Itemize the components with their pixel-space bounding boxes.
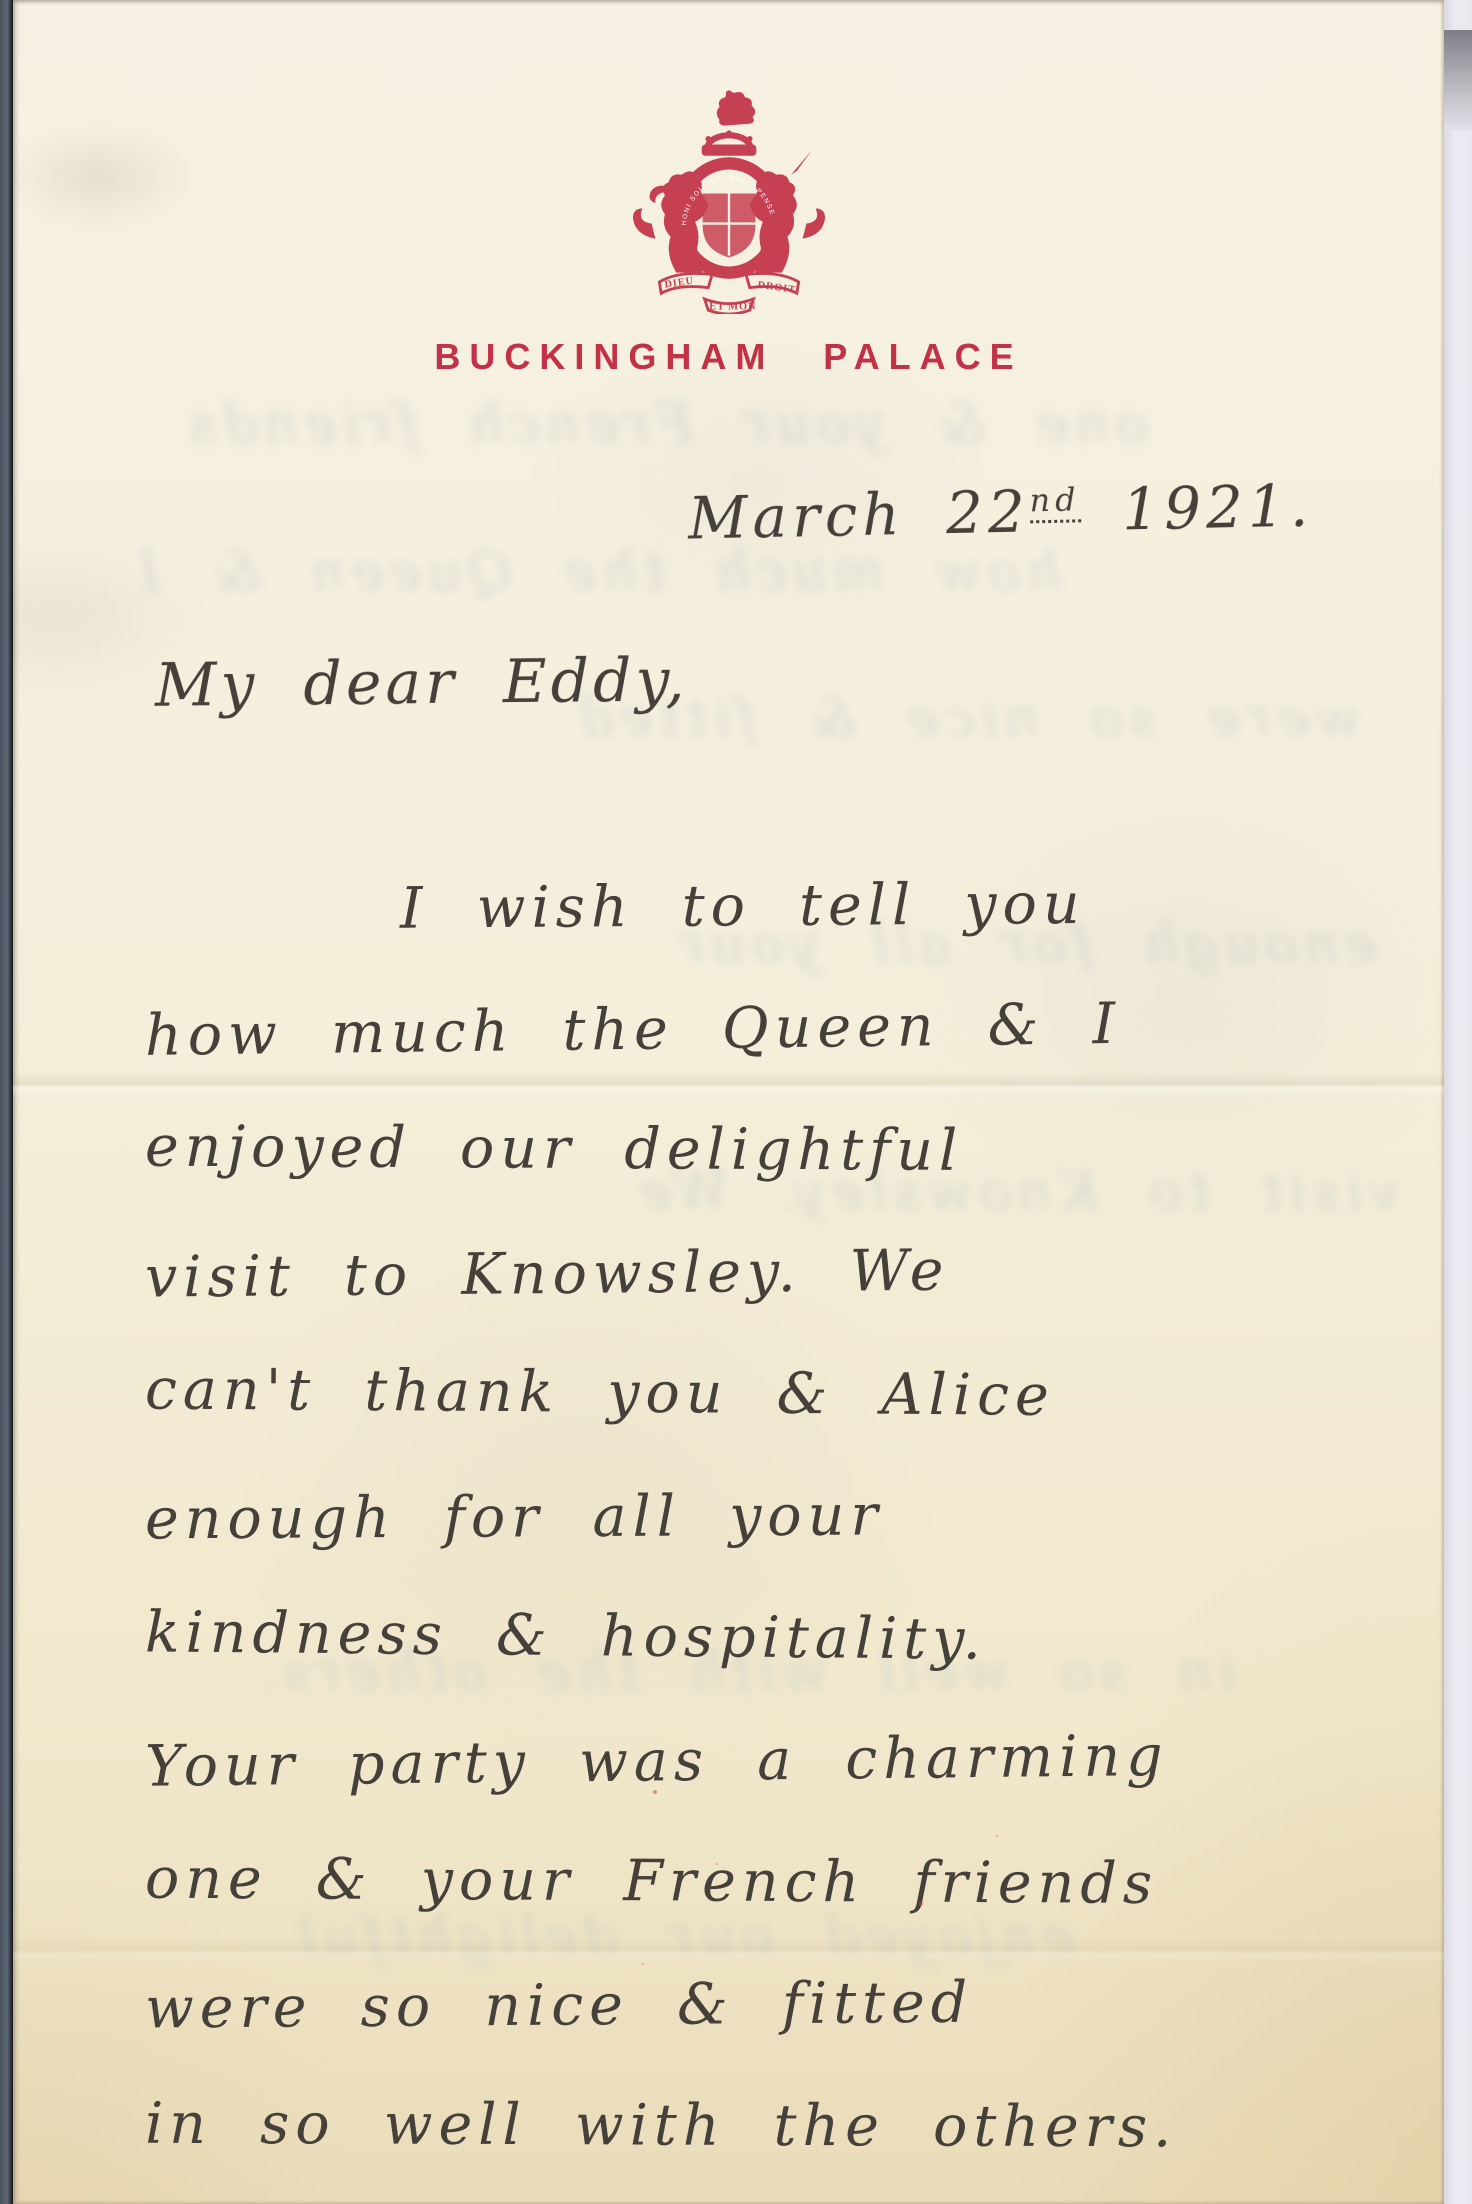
body-line: visit to Knowsley. We: [144, 1205, 1435, 1338]
fold-crease: [13, 1938, 1444, 1964]
letter-paper: HONI SOIT QUI MAL Y PENSE DIEU DROIT ET …: [13, 0, 1444, 2204]
letterhead: HONI SOIT QUI MAL Y PENSE DIEU DROIT ET …: [13, 88, 1444, 314]
body-line: in so well with the others.: [145, 2063, 1435, 2190]
date-ordinal: nd: [1029, 480, 1081, 523]
scanner-metal-band: [1444, 30, 1472, 130]
scanned-letter: HONI SOIT QUI MAL Y PENSE DIEU DROIT ET …: [0, 0, 1472, 2204]
body-line: one & your French friends: [145, 1818, 1436, 1947]
ink-showthrough: were so nice & fitted: [573, 686, 1361, 749]
body-line: enough for all your: [145, 1452, 1436, 1581]
ink-showthrough: one & your French friends: [183, 392, 1148, 455]
crown-band: [701, 145, 756, 156]
date-year: 1921.: [1121, 471, 1313, 543]
royal-coat-of-arms-icon: HONI SOIT QUI MAL Y PENSE DIEU DROIT ET …: [604, 88, 854, 314]
body-line: can't thank you & Alice: [145, 1328, 1436, 1459]
body-line: kindness & hospitality.: [144, 1571, 1435, 1704]
ink-showthrough: how much the Queen & I: [133, 540, 1061, 603]
fold-crease: [13, 1072, 1444, 1098]
motto-droit: DROIT: [756, 280, 796, 296]
letter-date: March 22nd 1921.: [687, 471, 1314, 552]
body-line: enjoyed our delightful: [145, 1086, 1436, 1215]
body-line: I wish to tell you: [145, 840, 1436, 971]
crest-top-ornament: [716, 92, 754, 126]
motto-et-mon: ET MON: [709, 301, 756, 312]
red-ink-speckles: [653, 1790, 657, 1794]
lion-supporter-icon: [632, 171, 707, 272]
scanner-edge-left: [0, 0, 13, 2204]
scan-background-right: [1444, 0, 1472, 2204]
salutation: My dear Eddy,: [155, 645, 689, 721]
letter-body: I wish to tell you how much the Queen & …: [145, 845, 1435, 2187]
palace-name-heading: BUCKINGHAM PALACE: [13, 336, 1444, 378]
date-prefix: March 22: [687, 477, 1030, 552]
body-line: Your party was a charming: [144, 1692, 1435, 1828]
